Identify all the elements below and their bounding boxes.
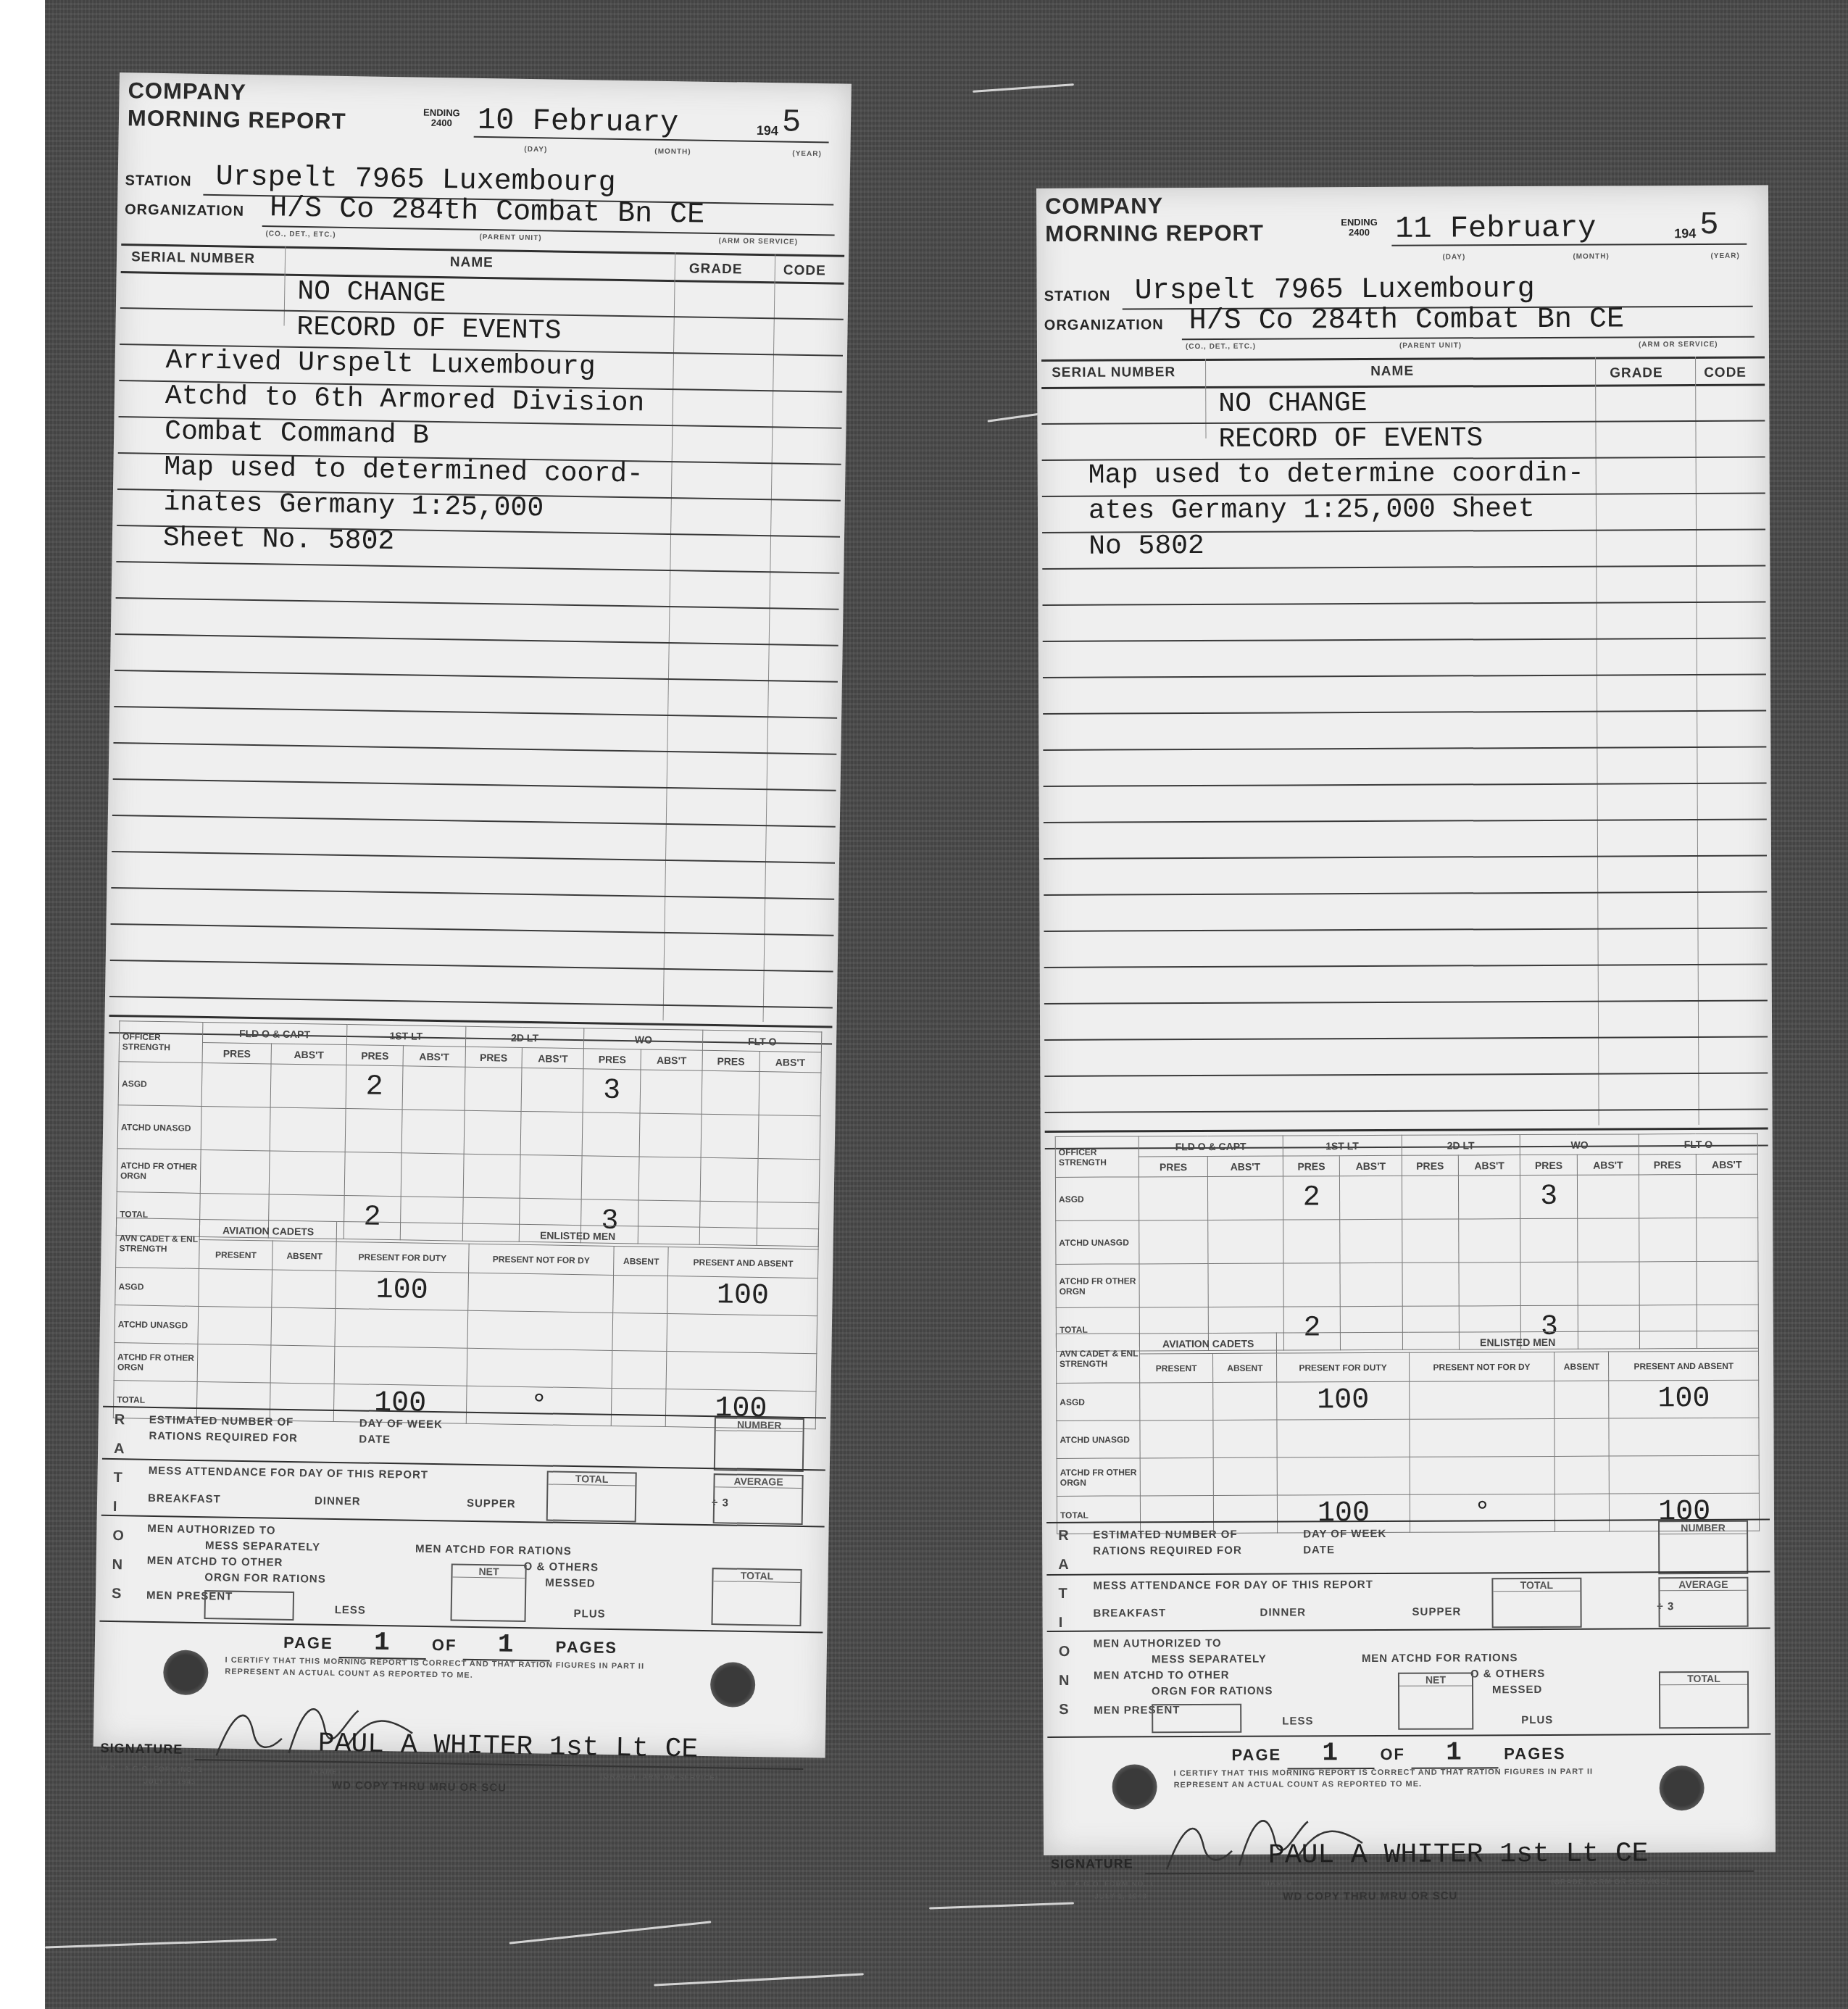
rations-dinner: DINNER [1260, 1606, 1307, 1618]
officer-cell [701, 1114, 758, 1158]
rations-side-letter: A [1058, 1557, 1070, 1573]
officer-cell [638, 1157, 701, 1201]
enlisted-col-header: PRESENT FOR DUTY [1277, 1352, 1409, 1382]
officer-subcol: PRES [583, 1049, 641, 1070]
officer-subcol: ABS'T [641, 1049, 703, 1070]
enlisted-cell [467, 1348, 613, 1388]
form-number: W.D., A.G.O. FORM NO. 1 [1051, 1880, 1154, 1889]
rations-box-label: NET [1399, 1673, 1472, 1686]
ending-label: ENDING2400 [1341, 217, 1378, 238]
officer-group-header: 2D LT [465, 1026, 584, 1049]
officer-cell [1520, 1218, 1578, 1262]
enlisted-cell: 100 [1609, 1380, 1759, 1418]
rations-less: LESS [335, 1604, 366, 1617]
officer-cell [1639, 1262, 1697, 1305]
signature-label: SIGNATURE [101, 1741, 183, 1758]
rations-o-others: O & OTHERS [524, 1560, 599, 1574]
rations-box-label: AVERAGE [715, 1475, 802, 1489]
aviation-cadets-header: AVIATION CADETS [199, 1219, 337, 1241]
name-caption: (NAME) [310, 1768, 341, 1776]
officer-group-header: FLT O [1639, 1134, 1757, 1155]
rations-side-letter: N [112, 1557, 123, 1573]
officer-cell [582, 1156, 639, 1200]
rations-estimated-1: ESTIMATED NUMBER OF [1093, 1528, 1238, 1542]
form-title: COMPANY MORNING REPORT [128, 77, 347, 136]
page-total: 1 [462, 1629, 550, 1662]
enlisted-col-header: ABSENT [614, 1246, 669, 1276]
aviation-cadets-header: AVIATION CADETS [1139, 1333, 1277, 1354]
officer-cell [465, 1067, 522, 1111]
officer-cell [640, 1070, 702, 1114]
caption-day: (DAY) [524, 146, 547, 154]
caption-parent: (PARENT UNIT) [479, 233, 541, 242]
rations-mess-separately: MESS SEPARATELY [1152, 1653, 1267, 1666]
officer-cell [1208, 1176, 1283, 1220]
officer-group-header: FLD O & CAPT [1139, 1136, 1283, 1157]
rations-box-label: NUMBER [716, 1418, 803, 1432]
officer-strength-table: OFFICER STRENGTHFLD O & CAPT1ST LT2D LTW… [116, 1020, 823, 1247]
rations-number-box: NUMBER [1658, 1521, 1748, 1575]
rations-side-letter: O [112, 1528, 125, 1544]
col-serial-number: SERIAL NUMBER [131, 249, 255, 267]
rations-net-box: NET [450, 1563, 526, 1622]
record-entry: Sheet No. 5802 [163, 522, 395, 559]
enlisted-strength-label: AVN CADET & ENL STRENGTH [1056, 1334, 1139, 1384]
enlisted-cell [1140, 1382, 1213, 1420]
rations-side-letter: N [1059, 1673, 1070, 1689]
year-digit: 5 [1699, 207, 1719, 244]
certification-text: I CERTIFY THAT THIS MORNING REPORT IS CO… [1174, 1765, 1638, 1791]
col-serial-number: SERIAL NUMBER [1052, 365, 1175, 381]
page-number: 1 [1287, 1738, 1374, 1770]
officer-row-label: ATCHD UNASGD [117, 1105, 201, 1150]
enlisted-cell: 100 [667, 1276, 817, 1316]
caption-co: (CO., DET., ETC.) [1186, 343, 1256, 351]
rations-number-box: NUMBER [714, 1417, 804, 1472]
punch-hole [710, 1662, 756, 1708]
rations-breakfast: BREAKFAST [1094, 1607, 1167, 1619]
men-present-box [204, 1590, 294, 1621]
officer-group-header: FLD O & CAPT [202, 1022, 346, 1044]
officer-cell [1639, 1218, 1697, 1262]
officer-cell [1340, 1176, 1402, 1219]
punch-hole [163, 1650, 209, 1695]
officer-cell [1208, 1263, 1283, 1307]
officer-cell [521, 1068, 583, 1112]
col-name: NAME [1370, 364, 1414, 380]
enlisted-men-header: ENLISTED MEN [1277, 1331, 1759, 1353]
caption-year: (YEAR) [1710, 252, 1740, 260]
officer-group-header: 1ST LT [346, 1025, 465, 1047]
enlisted-row-label: ATCHD FR OTHER ORGN [114, 1343, 198, 1382]
officer-cell [1697, 1261, 1759, 1305]
year-digit: 5 [782, 104, 802, 141]
rations-mess-attendance: MESS ATTENDANCE FOR DAY OF THIS REPORT [149, 1465, 429, 1481]
rations-total-box: TOTAL [1491, 1578, 1581, 1629]
officer-group-header: FLT O [703, 1030, 822, 1052]
officer-group-header: 2D LT [1402, 1135, 1520, 1156]
year-prefix: 194 [1674, 226, 1696, 241]
rations-box-label: TOTAL [1493, 1579, 1580, 1592]
rations-mess-separately: MESS SEPARATELY [205, 1539, 320, 1553]
officer-cell [1139, 1176, 1208, 1220]
enlisted-cell: ° [466, 1386, 612, 1426]
rations-side-letter: I [1059, 1615, 1064, 1631]
officer-subcol: ABS'T [1577, 1155, 1639, 1175]
officer-cell [1577, 1175, 1639, 1218]
form-title: COMPANY MORNING REPORT [1045, 192, 1264, 248]
rations-plus: PLUS [1521, 1714, 1553, 1726]
officer-cell [1340, 1263, 1402, 1306]
officer-cell [759, 1072, 821, 1116]
enlisted-cell [667, 1314, 817, 1354]
enlisted-col-header: PRESENT [199, 1239, 273, 1270]
page-number: 1 [339, 1627, 427, 1660]
officer-cell [344, 1152, 401, 1197]
enlisted-cell [1140, 1457, 1213, 1495]
officer-cell [1283, 1220, 1340, 1263]
enlisted-cell [612, 1388, 667, 1426]
officer-cell [1208, 1220, 1283, 1263]
officer-cell [401, 1153, 464, 1197]
officer-row-label: ATCHD FR OTHER ORGN [1056, 1264, 1139, 1308]
officer-cell [1578, 1218, 1639, 1262]
enlisted-row-label: ASGD [115, 1268, 199, 1307]
caption-year: (YEAR) [792, 150, 822, 159]
enlisted-cell [1409, 1418, 1554, 1457]
rations-side-letter: R [115, 1412, 126, 1428]
morning-report-2: COMPANY MORNING REPORT ENDING2400 11 Feb… [1036, 186, 1776, 1855]
officer-cell [1459, 1176, 1520, 1219]
enlisted-cell: ° [1410, 1494, 1555, 1532]
organization-value: H/S Co 284th Combat Bn CE [270, 192, 705, 231]
officer-subcol: PRES [1639, 1155, 1696, 1175]
officer-cell [345, 1109, 402, 1153]
enlisted-cell: 100 [1277, 1381, 1409, 1420]
officer-cell: 3 [1520, 1175, 1578, 1218]
rations-side-letter: T [1058, 1586, 1067, 1602]
enlisted-strength-label: AVN CADET & ENL STRENGTH [116, 1218, 200, 1269]
enlisted-cell [1409, 1381, 1554, 1419]
col-name: NAME [450, 254, 494, 271]
rations-estimated-1: ESTIMATED NUMBER OF [149, 1414, 294, 1428]
officer-cell [1696, 1218, 1758, 1261]
enlisted-strength-table: AVN CADET & ENL STRENGTHAVIATION CADETSE… [1056, 1331, 1760, 1534]
officer-cell [1520, 1262, 1578, 1305]
rations-messed: MESSED [545, 1576, 596, 1589]
enlisted-cell [666, 1352, 816, 1392]
scan-margin [0, 0, 47, 2009]
rations-side-letter: T [113, 1470, 123, 1486]
rations-box-label: TOTAL [548, 1473, 635, 1486]
officer-cell [270, 1064, 346, 1109]
organization-value: H/S Co 284th Combat Bn CE [1189, 303, 1624, 338]
enlisted-cell [467, 1310, 613, 1350]
officer-row-label: ASGD [118, 1062, 202, 1107]
rations-men-atchd-rations: MEN ATCHD FOR RATIONS [415, 1543, 572, 1557]
punch-hole [1112, 1764, 1157, 1809]
enlisted-col-header: PRESENT NOT FOR DY [1409, 1352, 1554, 1381]
station-label: STATION [1044, 288, 1111, 305]
enlisted-cell [1213, 1420, 1278, 1457]
rations-box-label: AVERAGE [1660, 1578, 1747, 1592]
rations-estimated-2: RATIONS REQUIRED FOR [149, 1430, 298, 1444]
rations-side-letter: I [113, 1499, 118, 1515]
officer-cell [1340, 1219, 1402, 1263]
officer-row-label: ATCHD FR OTHER ORGN [117, 1149, 201, 1194]
enlisted-cell [335, 1346, 467, 1386]
officer-row-label: ASGD [1055, 1177, 1139, 1221]
enlisted-col-header: PRESENT [1140, 1353, 1213, 1382]
enlisted-cell [270, 1345, 335, 1384]
enlisted-col-header: PRESENT AND ABSENT [668, 1247, 818, 1278]
rations-box-label: NET [452, 1565, 525, 1578]
rations-messed: MESSED [1492, 1684, 1542, 1696]
rations-mess-attendance: MESS ATTENDANCE FOR DAY OF THIS REPORT [1093, 1578, 1373, 1592]
officer-cell: 2 [1283, 1176, 1340, 1220]
rations-total-box: TOTAL [546, 1471, 637, 1523]
officer-subcol: PRES [1139, 1156, 1207, 1176]
enlisted-cell [1554, 1418, 1609, 1456]
officer-cell [639, 1113, 702, 1157]
form-number: W.D., A.G.O. FORM NO. 1 [100, 1765, 203, 1774]
officer-subcol: ABS'T [1208, 1156, 1283, 1176]
officer-subcol: PRES [346, 1045, 404, 1066]
enlisted-col-header: PRESENT NOT FOR DY [468, 1244, 615, 1275]
rations-men-atchd-other: MEN ATCHD TO OTHER [147, 1555, 283, 1569]
enlisted-row-label: ASGD [1057, 1383, 1140, 1421]
officer-subcol: PRES [702, 1050, 759, 1071]
record-entry: RECORD OF EVENTS [296, 311, 562, 349]
enlisted-row-label: ATCHD UNASGD [115, 1305, 199, 1344]
record-entry: inates Germany 1:25,000 [163, 486, 544, 525]
officer-cell [200, 1149, 270, 1194]
enlisted-cell [1554, 1381, 1609, 1418]
officer-subcol: PRES [1520, 1155, 1578, 1175]
organization-label: ORGANIZATION [1044, 317, 1164, 334]
rations-total2-box: TOTAL [1659, 1671, 1749, 1729]
officer-cell [270, 1151, 345, 1196]
officer-subcol: ABS'T [403, 1046, 465, 1067]
officer-cell [702, 1070, 759, 1115]
officer-strength-label: OFFICER STRENGTH [1055, 1136, 1139, 1178]
officer-cell [1139, 1263, 1209, 1307]
rations-average-box: AVERAGE [713, 1473, 804, 1525]
officer-cell [582, 1112, 639, 1157]
rations-breakfast: BREAKFAST [148, 1492, 221, 1506]
col-code: CODE [783, 262, 826, 279]
station-label: STATION [125, 172, 191, 190]
officer-cell [463, 1154, 520, 1198]
enlisted-cell [1214, 1495, 1278, 1533]
record-entry: NO CHANGE [297, 275, 446, 311]
rations-average-box: AVERAGE [1658, 1577, 1748, 1628]
enlisted-col-header: ABSENT [1554, 1352, 1609, 1381]
rations-side-letter: O [1059, 1644, 1071, 1660]
officer-cell [757, 1159, 820, 1203]
officer-cell [1402, 1263, 1460, 1306]
officer-subcol: PRES [465, 1047, 523, 1068]
record-entry: No 5802 [1089, 530, 1204, 564]
rations-estimated-2: RATIONS REQUIRED FOR [1093, 1544, 1242, 1557]
report-date: 11 February [1395, 211, 1596, 246]
report-date: 10 February [478, 103, 679, 141]
officer-cell [270, 1107, 345, 1152]
enlisted-cell [335, 1308, 467, 1348]
enlisted-cell: 100 [1278, 1494, 1410, 1533]
officer-subcol: ABS'T [759, 1052, 822, 1073]
col-grade: GRADE [1610, 365, 1663, 381]
rations-side-letter: A [114, 1441, 125, 1457]
enlisted-cell [612, 1350, 667, 1389]
enlisted-cell [1278, 1457, 1410, 1495]
officer-cell: 2 [346, 1065, 403, 1110]
rations-plus: PLUS [574, 1607, 606, 1621]
caption-month: (MONTH) [1573, 253, 1609, 261]
morning-report-1: COMPANY MORNING REPORT ENDING2400 10 Feb… [93, 72, 852, 1758]
record-entry: ates Germany 1:25,000 Sheet [1089, 493, 1535, 528]
men-present-box [1152, 1704, 1241, 1734]
enlisted-cell [199, 1268, 272, 1307]
enlisted-cell [467, 1273, 614, 1313]
officer-cell [1283, 1263, 1341, 1307]
enlisted-col-header: ABSENT [1213, 1353, 1277, 1382]
enlisted-cell [1410, 1456, 1555, 1494]
year-prefix: 194 [757, 123, 778, 138]
officer-subcol: PRES [202, 1042, 272, 1063]
rations-side-letter: R [1058, 1528, 1070, 1544]
caption-co: (CO., DET., ETC.) [265, 230, 336, 239]
rations-men-authorized: MEN AUTHORIZED TO [1094, 1637, 1222, 1650]
officer-cell [1696, 1174, 1758, 1218]
rations-box-label: TOTAL [713, 1569, 800, 1583]
officer-group-header: WO [584, 1028, 703, 1051]
enlisted-cell [1213, 1457, 1278, 1495]
record-entry: Map used to determine coordin- [1089, 457, 1584, 493]
officer-cell [1459, 1219, 1520, 1263]
officer-cell [201, 1062, 271, 1107]
enlisted-strength-table: AVN CADET & ENL STRENGTHAVIATION CADETSE… [113, 1218, 819, 1429]
officer-strength-table: OFFICER STRENGTHFLD O & CAPT1ST LT2D LTW… [1055, 1134, 1759, 1352]
enlisted-cell [1277, 1419, 1409, 1457]
record-entry: NO CHANGE [1218, 387, 1367, 421]
officer-group-header: 1ST LT [1283, 1135, 1402, 1156]
organization-label: ORGANIZATION [125, 201, 244, 220]
enlisted-cell: 100 [336, 1270, 468, 1310]
rations-supper: SUPPER [467, 1497, 516, 1510]
station-value: Urspelt 7965 Luxembourg [1135, 273, 1535, 307]
caption-arm: (ARM OR SERVICE) [1639, 341, 1718, 349]
enlisted-row-label: ATCHD UNASGD [1057, 1421, 1140, 1459]
rations-box-label: TOTAL [1660, 1673, 1747, 1686]
page-count: PAGE 1 OF 1 PAGES [1231, 1737, 1565, 1770]
col-grade: GRADE [689, 261, 743, 278]
officer-cell [401, 1110, 464, 1154]
caption-parent: (PARENT UNIT) [1399, 341, 1462, 349]
rations-day-of-week: DAY OF WEEK [359, 1417, 443, 1431]
rations-men-authorized: MEN AUTHORIZED TO [147, 1523, 275, 1537]
rations-side-letter: S [1059, 1702, 1069, 1718]
rations-side-letter: S [112, 1586, 122, 1602]
officer-strength-label: OFFICER STRENGTH [119, 1021, 203, 1063]
name-caption: (NAME) [1261, 1879, 1291, 1887]
rations-orgn-for-rations: ORGN FOR RATIONS [204, 1571, 326, 1586]
caption-day: (DAY) [1442, 253, 1465, 261]
routing-text: WD COPY THRU MRU OR SCU [1283, 1889, 1457, 1902]
enlisted-row-label: ATCHD FR OTHER ORGN [1057, 1458, 1140, 1497]
officer-cell [520, 1155, 582, 1199]
rations-men-atchd-rations: MEN ATCHD FOR RATIONS [1362, 1652, 1518, 1665]
rations-date: DATE [359, 1433, 391, 1446]
enlisted-cell [271, 1307, 336, 1346]
enlisted-col-header: ABSENT [272, 1241, 337, 1270]
rations-dinner: DINNER [315, 1494, 361, 1507]
officer-row-label: ATCHD UNASGD [1056, 1220, 1139, 1265]
enlisted-cell [197, 1344, 271, 1383]
punch-hole [1660, 1765, 1705, 1810]
rations-date: DATE [1303, 1544, 1335, 1556]
officer-cell: 3 [583, 1069, 640, 1113]
officer-cell [700, 1157, 757, 1202]
rations-less: LESS [1282, 1715, 1313, 1727]
enlisted-cell [198, 1306, 272, 1345]
enlisted-cell [1555, 1456, 1610, 1494]
officer-subcol: ABS'T [1340, 1155, 1402, 1176]
officer-subcol: PRES [1402, 1155, 1459, 1176]
officer-cell [758, 1115, 820, 1160]
rations-orgn-for-rations: ORGN FOR RATIONS [1152, 1685, 1273, 1698]
enlisted-col-header: PRESENT AND ABSENT [1609, 1351, 1759, 1381]
caption-arm: (ARM OR SERVICE) [718, 237, 798, 246]
officer-cell [1459, 1263, 1520, 1306]
rations-net-box: NET [1398, 1672, 1473, 1729]
rations-o-others: O & OTHERS [1470, 1668, 1545, 1680]
enlisted-cell [1555, 1494, 1610, 1531]
officer-subcol: ABS'T [1696, 1154, 1757, 1174]
rations-total2-box: TOTAL [711, 1568, 802, 1626]
rations-supper: SUPPER [1412, 1605, 1462, 1618]
officer-cell [520, 1111, 583, 1155]
enlisted-col-header: PRESENT FOR DUTY [336, 1241, 469, 1273]
officer-cell [1139, 1220, 1209, 1263]
rations-box-label: NUMBER [1660, 1522, 1747, 1535]
record-entry: RECORD OF EVENTS [1218, 422, 1483, 457]
officer-cell [464, 1110, 521, 1155]
officer-cell [201, 1106, 270, 1150]
caption-month: (MONTH) [654, 148, 691, 157]
enlisted-cell [613, 1275, 668, 1313]
officer-group-header: WO [1520, 1134, 1639, 1155]
enlisted-cell [1609, 1418, 1759, 1456]
signer-typed: PAUL A WHITER 1st Lt CE [317, 1729, 698, 1765]
record-entry: Arrived Urspelt Luxembourg [165, 344, 596, 384]
certification-text: I CERTIFY THAT THIS MORNING REPORT IS CO… [225, 1655, 688, 1685]
signature-label: SIGNATURE [1051, 1856, 1133, 1871]
officer-cell [1639, 1175, 1697, 1218]
enlisted-cell [1213, 1382, 1278, 1420]
record-entry: Combat Command B [165, 415, 430, 453]
officer-cell [1402, 1176, 1459, 1219]
enlisted-cell [1140, 1420, 1213, 1457]
enlisted-cell [1610, 1455, 1760, 1494]
form-date: JULY 1, 1943 [1094, 1892, 1147, 1900]
officer-cell [1402, 1219, 1459, 1263]
ending-label: ENDING2400 [423, 108, 460, 129]
officer-cell [402, 1066, 465, 1110]
officer-subcol: ABS'T [271, 1044, 346, 1065]
rations-day-of-week: DAY OF WEEK [1303, 1528, 1386, 1541]
enlisted-cell [612, 1313, 667, 1351]
